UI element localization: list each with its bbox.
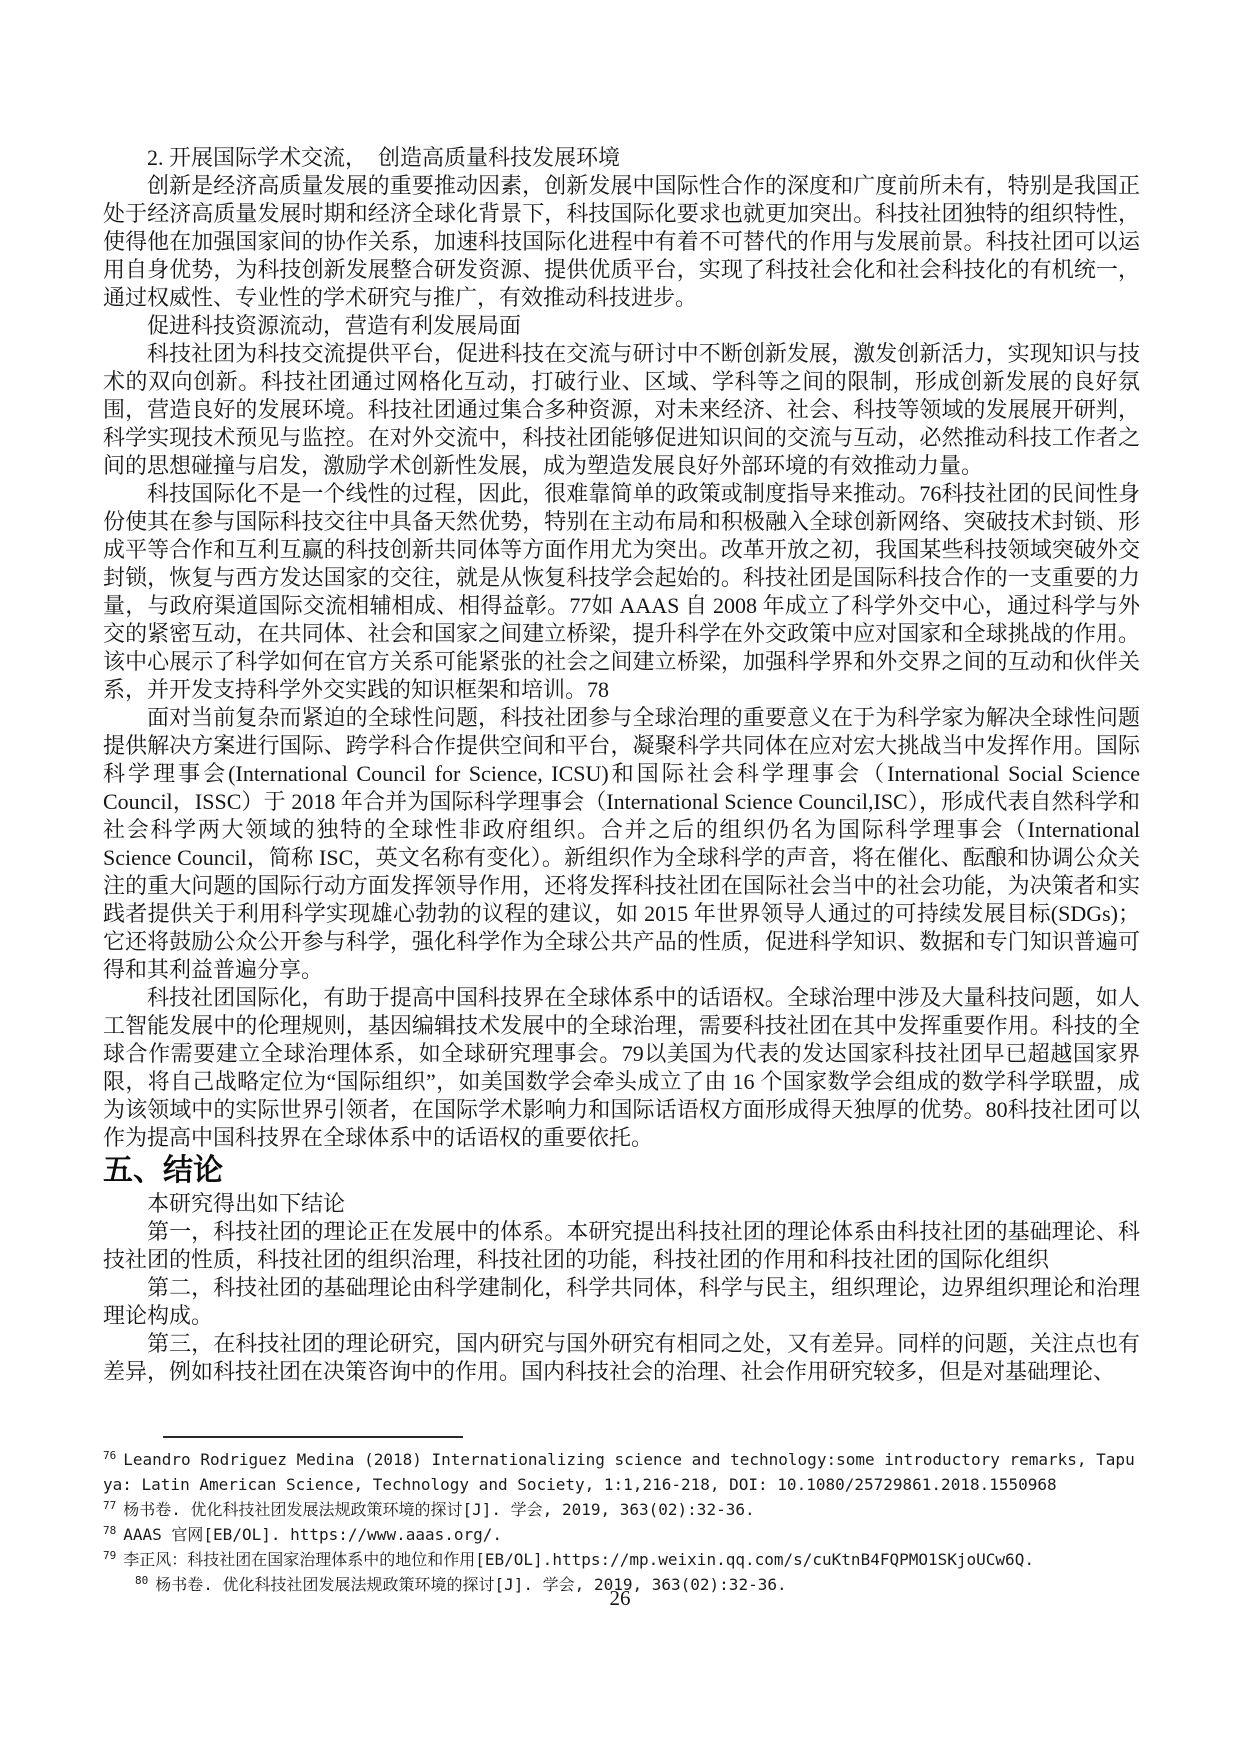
paragraph: 科技社团为科技交流提供平台，促进科技在交流与研讨中不断创新发展，激发创新活力，实…	[103, 340, 1140, 480]
footnote-text: 李正风：科技社团在国家治理体系中的地位和作用[EB/OL].https://mp…	[123, 1550, 1034, 1569]
paragraph: 第二，科技社团的基础理论由科学建制化，科学共同体，科学与民主，组织理论，边界组织…	[103, 1274, 1140, 1330]
paragraph: 第三，在科技社团的理论研究，国内研究与国外研究有相同之处，又有差异。同样的问题，…	[103, 1330, 1140, 1386]
footnote: 79李正风：科技社团在国家治理体系中的地位和作用[EB/OL].https://…	[103, 1547, 1140, 1572]
page-number: 26	[0, 1586, 1240, 1611]
paragraph: 创新是经济高质量发展的重要推动因素，创新发展中国际性合作的深度和广度前所未有，特…	[103, 172, 1140, 312]
document-page: 2. 开展国际学术交流， 创造高质量科技发展环境 创新是经济高质量发展的重要推动…	[0, 0, 1240, 1753]
footnote: 76Leandro Rodriguez Medina (2018) Intern…	[103, 1447, 1140, 1497]
paragraph: 科技国际化不是一个线性的过程，因此，很难靠简单的政策或制度指导来推动。76科技社…	[103, 480, 1140, 704]
section-heading: 五、结论	[103, 1152, 1140, 1190]
footnote-marker: 76	[103, 1449, 116, 1462]
footnote-marker: 79	[103, 1549, 116, 1562]
subsection-heading: 2. 开展国际学术交流， 创造高质量科技发展环境	[103, 144, 1140, 172]
footnote-text: AAAS 官网[EB/OL]. https://www.aaas.org/.	[123, 1525, 502, 1544]
footnote-marker: 80	[135, 1574, 148, 1587]
footnote-separator	[163, 1436, 463, 1438]
footnote: 77杨书卷. 优化科技社团发展法规政策环境的探讨[J]. 学会, 2019, 3…	[103, 1497, 1140, 1522]
footnotes-section: 76Leandro Rodriguez Medina (2018) Intern…	[103, 1436, 1140, 1597]
footnote-text: 杨书卷. 优化科技社团发展法规政策环境的探讨[J]. 学会, 2019, 363…	[123, 1500, 754, 1519]
page-body: 2. 开展国际学术交流， 创造高质量科技发展环境 创新是经济高质量发展的重要推动…	[103, 144, 1140, 1386]
paragraph: 科技社团国际化，有助于提高中国科技界在全球体系中的话语权。全球治理中涉及大量科技…	[103, 984, 1140, 1152]
paragraph: 第一，科技社团的理论正在发展中的体系。本研究提出科技社团的理论体系由科技社团的基…	[103, 1218, 1140, 1274]
footnote-text: Leandro Rodriguez Medina (2018) Internat…	[103, 1450, 1135, 1494]
paragraph: 本研究得出如下结论	[103, 1190, 1140, 1218]
paragraph: 促进科技资源流动，营造有利发展局面	[103, 312, 1140, 340]
footnote: 78AAAS 官网[EB/OL]. https://www.aaas.org/.	[103, 1522, 1140, 1547]
footnote-marker: 78	[103, 1524, 116, 1537]
footnote-marker: 77	[103, 1499, 116, 1512]
paragraph: 面对当前复杂而紧迫的全球性问题，科技社团参与全球治理的重要意义在于为科学家为解决…	[103, 704, 1140, 984]
